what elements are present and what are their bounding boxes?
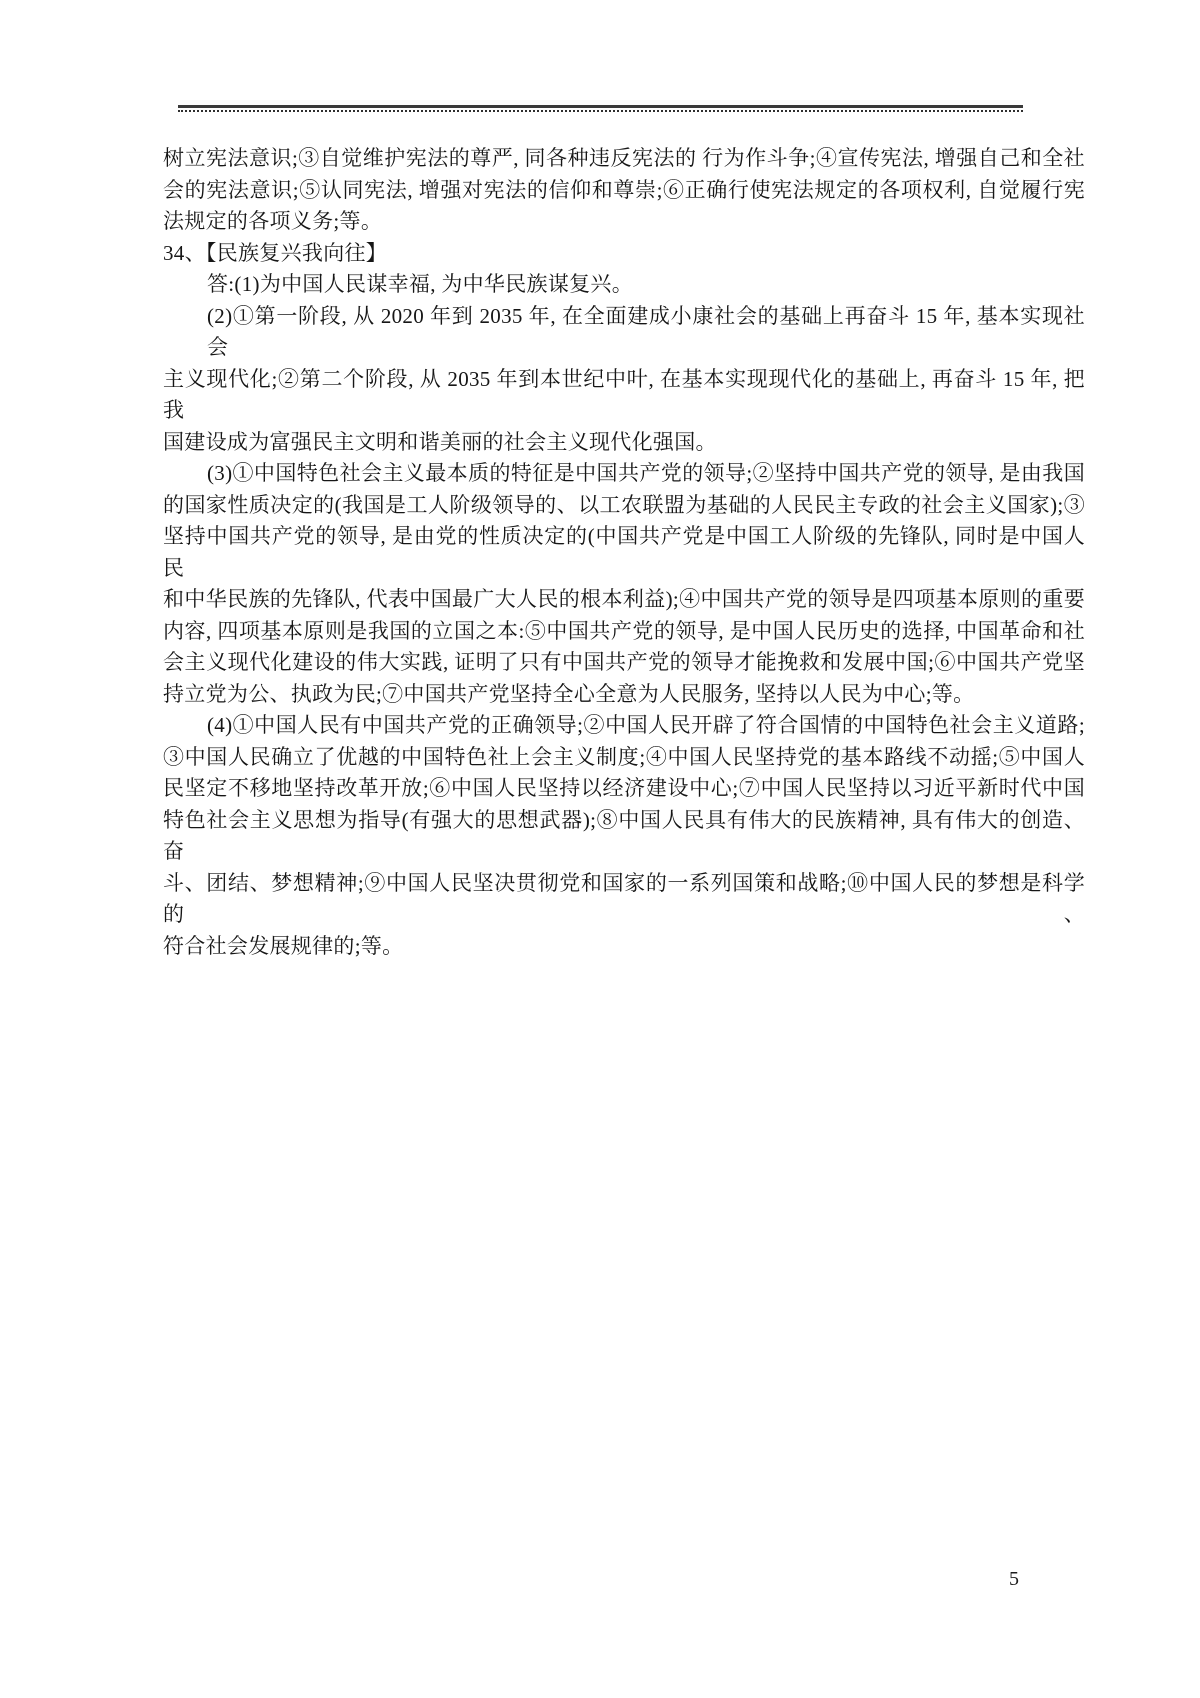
text-line: 斗、团结、梦想精神;⑨中国人民坚决贯彻党和国家的一系列国策和战略;⑩中国人民的梦… (163, 868, 1085, 931)
answer-33-continuation: 树立宪法意识;③自觉维护宪法的尊严, 同各种违反宪法的 行为作斗争;④宣传宪法,… (163, 143, 1085, 238)
text-line: 特色社会主义思想为指导(有强大的思想武器);⑧中国人民具有伟大的民族精神, 具有… (163, 805, 1085, 868)
header-rule (178, 105, 1023, 112)
text-line: 坚持中国共产党的领导, 是由党的性质决定的(中国共产党是中国工人阶级的先锋队, … (163, 521, 1085, 584)
answer-34-part-4: (4)①中国人民有中国共产党的正确领导;②中国人民开辟了符合国情的中国特色社会主… (163, 710, 1085, 962)
answer-34-part-1: 答:(1)为中国人民谋幸福, 为中华民族谋复兴。 (163, 269, 1085, 301)
answer-text-block: 树立宪法意识;③自觉维护宪法的尊严, 同各种违反宪法的 行为作斗争;④宣传宪法,… (163, 143, 1085, 962)
text-line: 持立党为公、执政为民;⑦中国共产党坚持全心全意为人民服务, 坚持以人民为中心;等… (163, 679, 1085, 711)
text-line: 国建设成为富强民主文明和谐美丽的社会主义现代化强国。 (163, 427, 1085, 459)
answer-34-part-2: (2)①第一阶段, 从 2020 年到 2035 年, 在全面建成小康社会的基础… (163, 301, 1085, 459)
text-line: 民坚定不移地坚持改革开放;⑥中国人民坚持以经济建设中心;⑦中国人民坚持以习近平新… (163, 773, 1085, 805)
text-line: (4)①中国人民有中国共产党的正确领导;②中国人民开辟了符合国情的中国特色社会主… (163, 710, 1085, 742)
text-line: 内容, 四项基本原则是我国的立国之本:⑤中国共产党的领导, 是中国人民历史的选择… (163, 616, 1085, 648)
text-line: 主义现代化;②第二个阶段, 从 2035 年到本世纪中叶, 在基本实现现代化的基… (163, 364, 1085, 427)
text-line: (3)①中国特色社会主义最本质的特征是中国共产党的领导;②坚持中国共产党的领导,… (163, 458, 1085, 490)
text-line: 34、【民族复兴我向往】 (163, 238, 1085, 270)
text-line: 会主义现代化建设的伟大实践, 证明了只有中国共产党的领导才能挽救和发展中国;⑥中… (163, 647, 1085, 679)
text-line: ③中国人民确立了优越的中国特色社上会主义制度;④中国人民坚持党的基本路线不动摇;… (163, 742, 1085, 774)
text-line: (2)①第一阶段, 从 2020 年到 2035 年, 在全面建成小康社会的基础… (163, 301, 1085, 364)
page-number: 5 (1000, 1568, 1028, 1591)
text-line: 法规定的各项义务;等。 (163, 206, 1085, 238)
text-line: 和中华民族的先锋队, 代表中国最广大人民的根本利益);④中国共产党的领导是四项基… (163, 584, 1085, 616)
text-line: 答:(1)为中国人民谋幸福, 为中华民族谋复兴。 (163, 269, 1085, 301)
document-page: 树立宪法意识;③自觉维护宪法的尊严, 同各种违反宪法的 行为作斗争;④宣传宪法,… (0, 0, 1200, 1698)
text-line: 的国家性质决定的(我国是工人阶级领导的、以工农联盟为基础的人民民主专政的社会主义… (163, 490, 1085, 522)
text-line: 符合社会发展规律的;等。 (163, 931, 1085, 963)
question-34-heading: 34、【民族复兴我向往】 (163, 238, 1085, 270)
answer-34-part-3: (3)①中国特色社会主义最本质的特征是中国共产党的领导;②坚持中国共产党的领导,… (163, 458, 1085, 710)
text-line: 树立宪法意识;③自觉维护宪法的尊严, 同各种违反宪法的 行为作斗争;④宣传宪法,… (163, 143, 1085, 175)
text-line: 会的宪法意识;⑤认同宪法, 增强对宪法的信仰和尊崇;⑥正确行使宪法规定的各项权利… (163, 175, 1085, 207)
